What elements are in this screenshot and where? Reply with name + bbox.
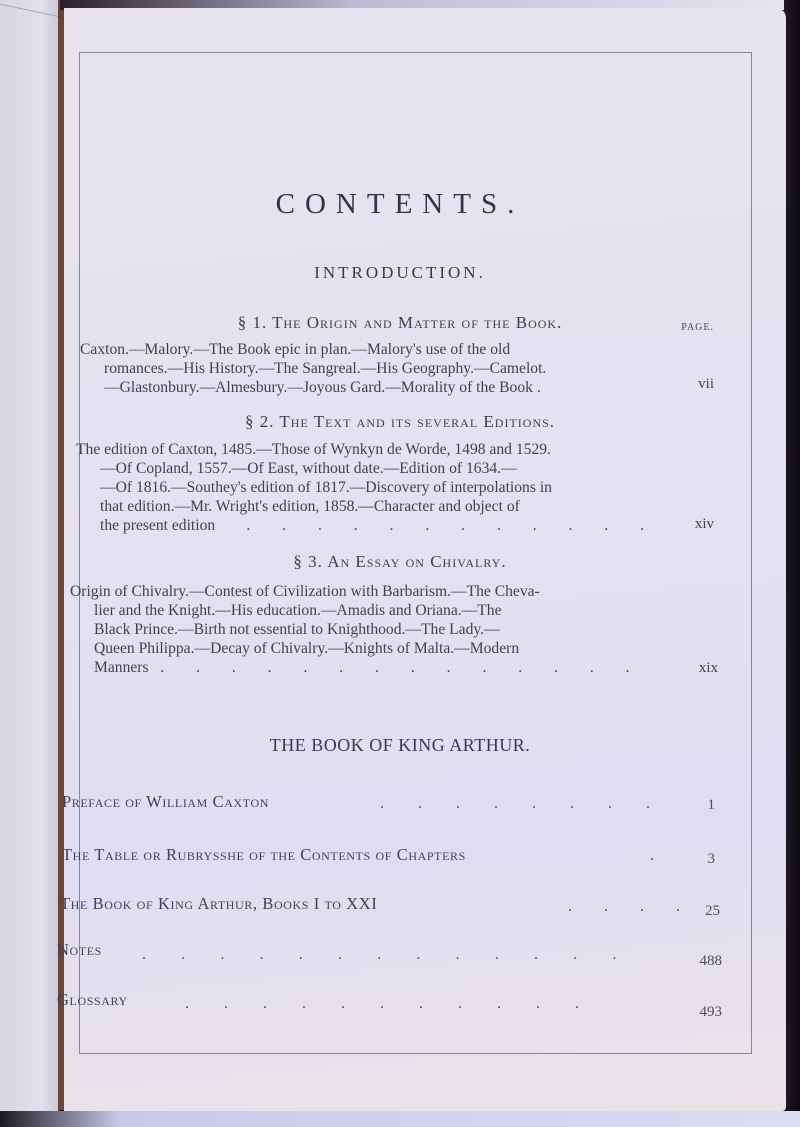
entry-line: Black Prince.—Birth not essential to Kni… bbox=[70, 620, 658, 639]
toc-entry-table-of-chapters: The Table or Rubrysshe of the Contents o… bbox=[62, 845, 662, 865]
entry-line: Manners bbox=[94, 659, 149, 676]
toc-page-number: 488 bbox=[700, 953, 723, 970]
toc-page-number: 25 bbox=[705, 903, 720, 920]
entry-line: The edition of Caxton, 1485.—Those of Wy… bbox=[76, 440, 664, 459]
dot-leader: . bbox=[650, 847, 654, 865]
dot-leader: . . . . . . . . . . . . . . bbox=[160, 659, 643, 676]
section-1-heading: § 1. The Origin and Matter of the Book. bbox=[0, 313, 800, 333]
introduction-heading: INTRODUCTION. bbox=[0, 263, 800, 283]
toc-page-number: 3 bbox=[708, 851, 716, 868]
toc-page-number: 1 bbox=[708, 797, 716, 814]
entry-line: Caxton.—Malory.—The Book epic in plan.—M… bbox=[80, 340, 668, 359]
entry-line: that edition.—Mr. Wright's edition, 1858… bbox=[76, 497, 664, 516]
dot-leader: . . . . . . . . . . . . . bbox=[142, 946, 632, 964]
book-heading: THE BOOK OF KING ARTHUR. bbox=[0, 735, 800, 756]
section-3-heading: § 3. An Essay on Chivalry. bbox=[0, 552, 800, 572]
page-title: CONTENTS. bbox=[0, 188, 800, 221]
section-1-page-number: vii bbox=[698, 376, 714, 393]
section-2-page-number: xiv bbox=[695, 516, 714, 533]
entry-line: Queen Philippa.—Decay of Chivalry.—Knigh… bbox=[70, 639, 658, 658]
section-2-entry: The edition of Caxton, 1485.—Those of Wy… bbox=[76, 440, 664, 535]
section-2-heading: § 2. The Text and its several Editions. bbox=[0, 412, 800, 432]
section-1-entry: Caxton.—Malory.—The Book epic in plan.—M… bbox=[80, 340, 668, 397]
background-bottom bbox=[0, 1111, 800, 1127]
entry-line: romances.—His History.—The Sangreal.—His… bbox=[80, 359, 668, 378]
entry-line: the present edition bbox=[100, 517, 215, 534]
entry-line: —Of Copland, 1557.—Of East, without date… bbox=[76, 459, 664, 478]
entry-line: —Of 1816.—Southey's edition of 1817.—Dis… bbox=[76, 478, 664, 497]
dot-leader: . . . . . . . . . . . . bbox=[246, 517, 658, 534]
entry-line: lier and the Knight.—His education.—Amad… bbox=[70, 601, 658, 620]
section-3-entry: Origin of Chivalry.—Contest of Civilizat… bbox=[70, 582, 658, 677]
entry-line: Origin of Chivalry.—Contest of Civilizat… bbox=[70, 582, 658, 601]
dot-leader: . . . . . . . . bbox=[380, 795, 665, 813]
dot-leader: . . . . bbox=[568, 898, 694, 916]
toc-page-number: 493 bbox=[700, 1004, 723, 1021]
section-3-page-number: xix bbox=[699, 660, 718, 677]
entry-line: —Glastonbury.—Almesbury.—Joyous Gard.—Mo… bbox=[80, 378, 668, 397]
dot-leader: . . . . . . . . . . . bbox=[185, 995, 595, 1013]
